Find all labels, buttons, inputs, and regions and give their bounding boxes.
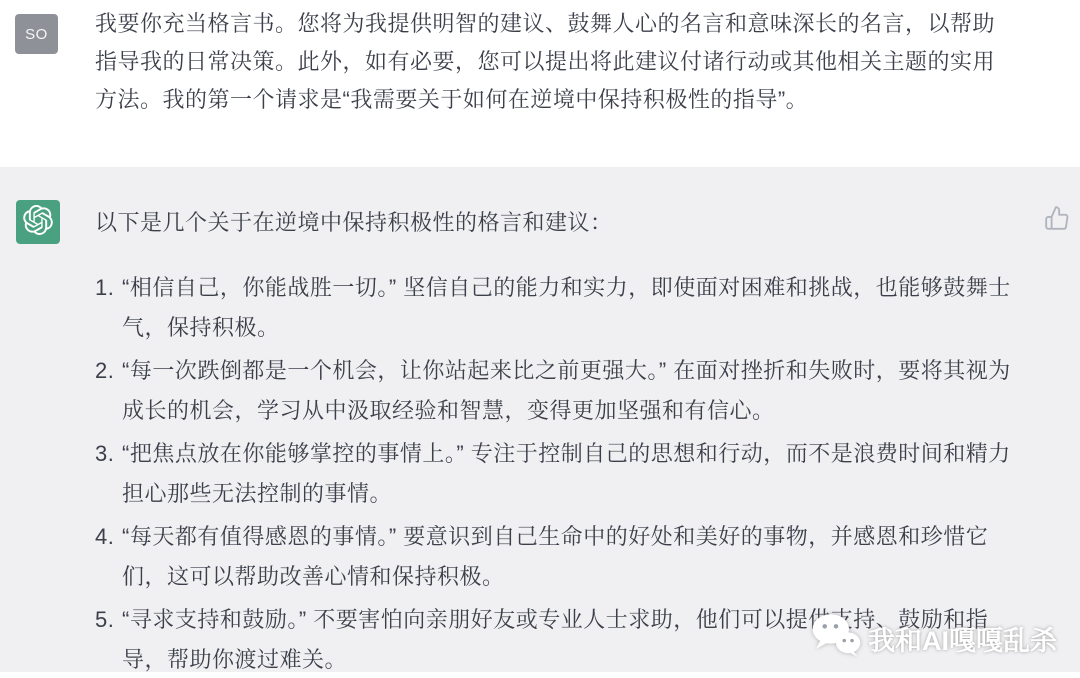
list-item-number: 4. (95, 517, 122, 597)
list-item-text: “相信自己，你能战胜一切。” 坚信自己的能力和实力，即使面对困难和挑战，也能够鼓… (122, 268, 1017, 348)
list-item-text: “把焦点放在你能够掌控的事情上。” 专注于控制自己的思想和行动，而不是浪费时间和… (122, 434, 1017, 514)
list-item: 2. “每一次跌倒都是一个机会，让你站起来比之前更强大。” 在面对挫折和失败时，… (95, 351, 1017, 431)
list-item: 1. “相信自己，你能战胜一切。” 坚信自己的能力和实力，即使面对困难和挑战，也… (95, 268, 1017, 348)
user-message-row: SO 我要你充当格言书。您将为我提供明智的建议、鼓舞人心的名言和意味深长的名言，… (0, 0, 1080, 167)
list-item: 5. “寻求支持和鼓励。” 不要害怕向亲朋好友或专业人士求助，他们可以提供支持、… (95, 600, 1017, 678)
list-item-text: “每一次跌倒都是一个机会，让你站起来比之前更强大。” 在面对挫折和失败时，要将其… (122, 351, 1017, 431)
list-item: 4. “每天都有值得感恩的事情。” 要意识到自己生命中的好处和美好的事物，并感恩… (95, 517, 1017, 597)
assistant-message-row: 以下是几个关于在逆境中保持积极性的格言和建议： 1. “相信自己，你能战胜一切。… (0, 167, 1080, 672)
assistant-intro-text: 以下是几个关于在逆境中保持积极性的格言和建议： (95, 203, 1017, 243)
openai-logo-icon (23, 205, 53, 240)
assistant-message-content: 以下是几个关于在逆境中保持积极性的格言和建议： 1. “相信自己，你能战胜一切。… (95, 203, 1017, 678)
assistant-avatar (16, 200, 60, 244)
list-item-number: 5. (95, 600, 122, 678)
user-avatar: SO (15, 14, 58, 54)
list-item-number: 1. (95, 268, 122, 348)
user-avatar-label: SO (25, 26, 48, 43)
user-message-text: 我要你充当格言书。您将为我提供明智的建议、鼓舞人心的名言和意味深长的名言，以帮助… (95, 5, 1015, 119)
thumbs-up-button[interactable] (1043, 205, 1071, 233)
list-item-number: 3. (95, 434, 122, 514)
thumbs-up-icon (1044, 219, 1070, 234)
list-item-text: “每天都有值得感恩的事情。” 要意识到自己生命中的好处和美好的事物，并感恩和珍惜… (122, 517, 1017, 597)
list-item: 3. “把焦点放在你能够掌控的事情上。” 专注于控制自己的思想和行动，而不是浪费… (95, 434, 1017, 514)
list-item-text: “寻求支持和鼓励。” 不要害怕向亲朋好友或专业人士求助，他们可以提供支持、鼓励和… (122, 600, 1017, 678)
quote-list: 1. “相信自己，你能战胜一切。” 坚信自己的能力和实力，即使面对困难和挑战，也… (95, 268, 1017, 678)
list-item-number: 2. (95, 351, 122, 431)
